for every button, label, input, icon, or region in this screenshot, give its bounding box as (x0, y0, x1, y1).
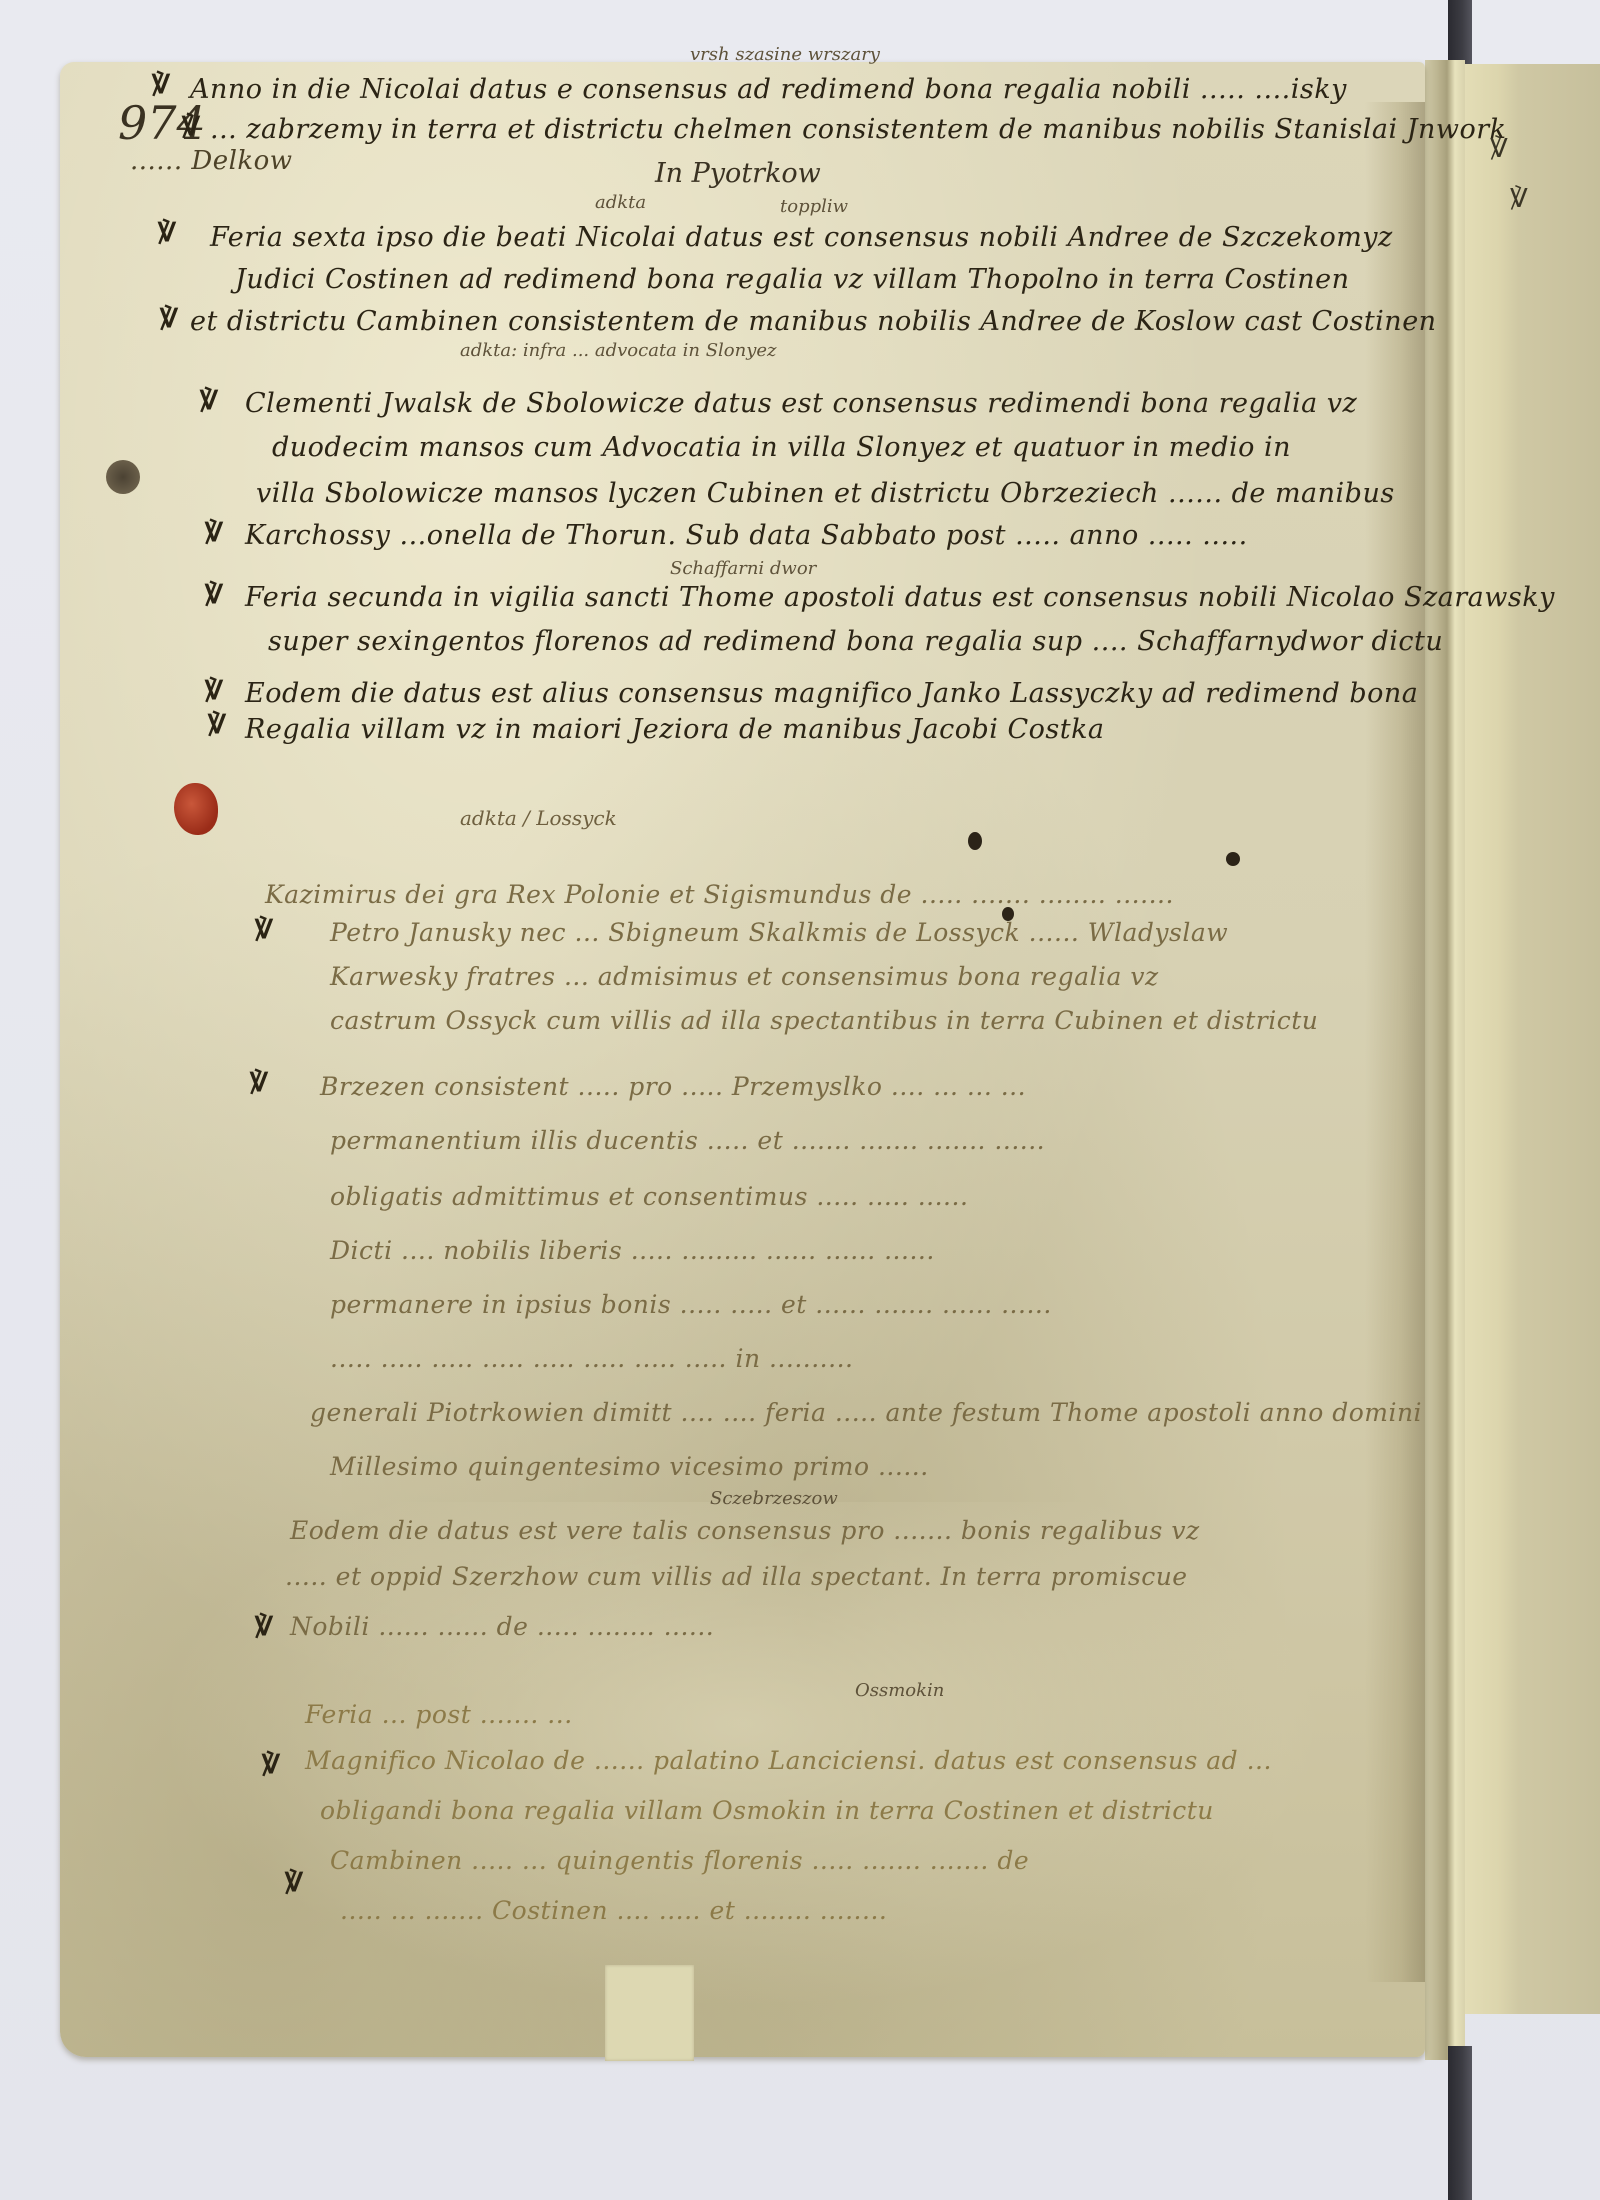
text-line: duodecim mansos cum Advocatia in villa S… (272, 432, 1291, 463)
text-line: et districtu Cambinen consistentem de ma… (190, 306, 1437, 337)
text-line: ..... et oppid Szerzhow cum villis ad il… (285, 1562, 1188, 1591)
paragraph-mark-icon: ℣ (182, 112, 200, 142)
text-line: castrum Ossyck cum villis ad illa specta… (330, 1006, 1318, 1035)
margin-note: Feria ... post ....... ... (305, 1700, 573, 1729)
text-line: Magnifico Nicolao de ...... palatino Lan… (305, 1746, 1272, 1775)
text-line: Petro Janusky nec ... Sbigneum Skalkmis … (330, 918, 1228, 947)
text-line: super sexingentos florenos ad redimend b… (268, 626, 1443, 657)
ink-blot (1226, 852, 1240, 866)
margin-note: Schaffarni dwor (670, 558, 816, 579)
entry-heading: Sczebrzeszow (710, 1488, 838, 1509)
paragraph-mark-icon: ℣ (160, 304, 178, 334)
text-line: Eodem die datus est vere talis consensus… (290, 1516, 1200, 1545)
margin-note: adkta (595, 192, 646, 213)
paragraph-mark-icon: ℣ (255, 915, 273, 945)
text-line: Karwesky fratres ... admisimus et consen… (330, 962, 1159, 991)
text-line: generali Piotrkowien dimitt .... .... fe… (310, 1398, 1422, 1427)
paragraph-mark-icon: ℣ (250, 1068, 268, 1098)
text-line: villa Sbolowicze mansos lyczen Cubinen e… (256, 478, 1395, 509)
entry-heading: adkta / Lossyck (460, 806, 617, 830)
text-line: ..... ... ....... Costinen .... ..... et… (340, 1896, 887, 1925)
text-line: ... zabrzemy in terra et districtu chelm… (210, 114, 1507, 145)
paragraph-mark-icon: ℣ (255, 1612, 273, 1642)
text-line: permanentium illis ducentis ..... et ...… (330, 1126, 1045, 1155)
facing-page: ℣ ℣ (1465, 64, 1600, 2014)
text-line: Cambinen ..... ... quingentis florenis .… (330, 1846, 1029, 1875)
text-line: obligandi bona regalia villam Osmokin in… (320, 1796, 1214, 1825)
text-line: Clementi Jwalsk de Sbolowicze datus est … (245, 388, 1357, 419)
paragraph-mark-icon: ℣ (262, 1750, 280, 1780)
interlinear-note: vrsh szasine wrszary (690, 44, 880, 65)
text-line: obligatis admittimus et consentimus ....… (330, 1182, 968, 1211)
text-line: Feria secunda in vigilia sancti Thome ap… (245, 582, 1555, 613)
binding-gutter (1425, 60, 1465, 2060)
ink-blot (106, 460, 140, 494)
red-wax-seal-fragment (174, 783, 218, 835)
entry-heading: Ossmokin (855, 1680, 944, 1701)
paper-repair-patch (605, 1965, 694, 2061)
text-line: Millesimo quingentesimo vicesimo primo .… (330, 1452, 929, 1481)
text-line: Feria sexta ipso die beati Nicolai datus… (210, 222, 1393, 253)
text-line: permanere in ipsius bonis ..... ..... et… (330, 1290, 1052, 1319)
text-line: Anno in die Nicolai datus e consensus ad… (190, 74, 1347, 105)
paragraph-mark-icon: ℣ (205, 580, 223, 610)
text-line: Dicti .... nobilis liberis ..... .......… (330, 1236, 935, 1265)
margin-note: toppliw (780, 196, 848, 217)
water-stain (1365, 102, 1425, 1982)
paragraph-mark-icon: ℣ (158, 218, 176, 248)
text-line: ...... Delkow (130, 146, 293, 176)
text-line: Regalia villam vz in maiori Jeziora de m… (245, 714, 1105, 745)
text-line: Nobili ...... ...... de ..... ........ .… (290, 1612, 714, 1641)
text-line: Judici Costinen ad redimend bona regalia… (235, 264, 1350, 295)
entry-heading: In Pyotrkow (655, 158, 821, 189)
text-line: Eodem die datus est alius consensus magn… (245, 678, 1418, 709)
margin-note: adkta: infra ... advocata in Slonyez (460, 340, 777, 361)
paragraph-mark-icon: ℣ (285, 1868, 303, 1898)
binding-clip-bottom (1448, 2046, 1472, 2200)
paragraph-mark-icon: ℣ (200, 386, 218, 416)
text-line: Karchossy ...onella de Thorun. Sub data … (245, 520, 1248, 551)
paragraph-mark-icon: ℣ (205, 676, 223, 706)
paragraph-mark-icon: ℣ (205, 518, 223, 548)
paragraph-mark-icon: ℣ (208, 710, 226, 740)
scan-background: ℣ ℣ 974 vrsh szasine wrszary ℣ Anno in d… (0, 0, 1600, 2200)
paragraph-mark-icon: ℣ (152, 70, 170, 100)
text-line: ..... ..... ..... ..... ..... ..... ....… (330, 1344, 853, 1373)
text-line: Brzezen consistent ..... pro ..... Przem… (320, 1072, 1026, 1101)
text-line: Kazimirus dei gra Rex Polonie et Sigismu… (265, 880, 1174, 909)
ink-blot (968, 832, 982, 850)
pilcrow-mark: ℣ (1510, 184, 1528, 214)
